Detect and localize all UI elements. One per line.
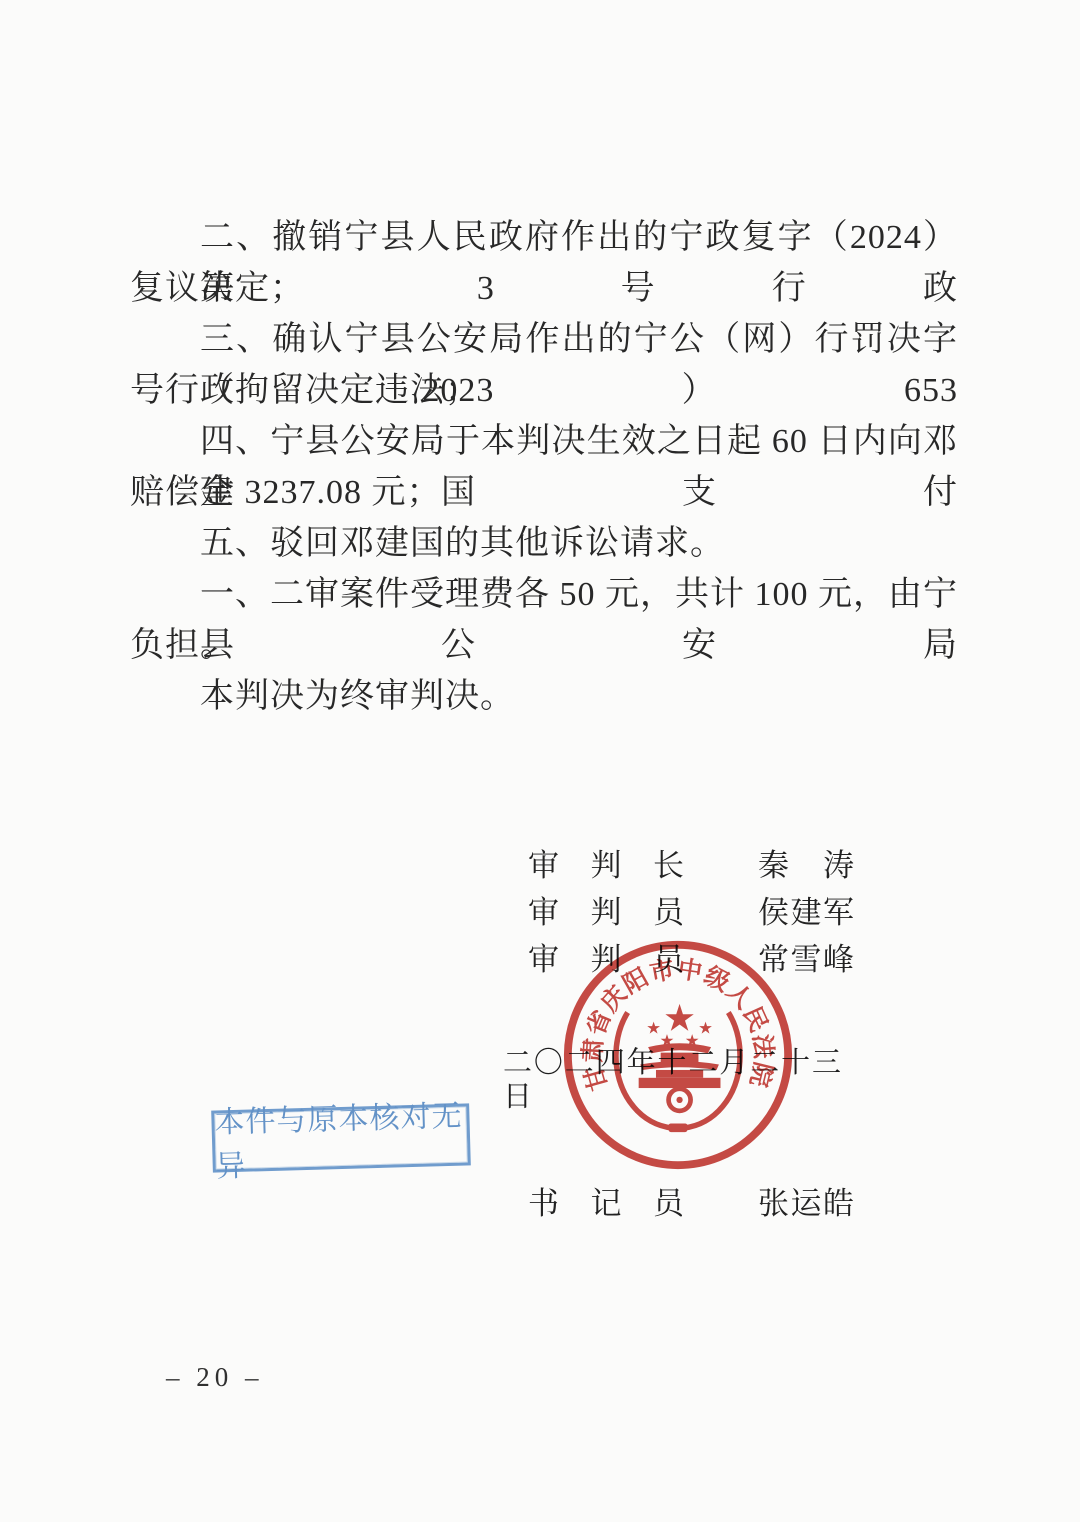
- judge-role-label: 审判员: [528, 893, 684, 933]
- clerk-role-label: 书记员: [528, 1184, 684, 1224]
- judge-role-label: 审判长: [528, 846, 684, 886]
- judgment-document-page: 二、撤销宁县人民政府作出的宁政复字（2024）第 3 号行政 复议决定； 三、确…: [0, 0, 1080, 1522]
- verification-stamp-text: 本件与原本核对无异: [214, 1090, 468, 1185]
- page-number: – 20 –: [166, 1362, 264, 1393]
- clerk-name: 张运皓: [758, 1184, 854, 1224]
- judge-name: 侯建军: [758, 893, 854, 933]
- body-line: 四、宁县公安局于本判决生效之日起 60 日内向邓建国支付: [130, 416, 958, 467]
- judge-row: 审判员 侯建军: [528, 893, 854, 933]
- judgment-date: 二〇二四年十二月二十三日: [503, 1046, 841, 1114]
- clerk-row: 书记员 张运皓: [528, 1184, 854, 1224]
- verification-stamp: 本件与原本核对无异: [211, 1103, 471, 1172]
- judge-role-label: 审判员: [528, 940, 684, 980]
- judge-name: 常雪峰: [758, 940, 854, 980]
- judge-name: 秦涛: [758, 846, 854, 886]
- judgment-body: 二、撤销宁县人民政府作出的宁政复字（2024）第 3 号行政 复议决定； 三、确…: [130, 212, 958, 722]
- body-line: 本判决为终审判决。: [130, 671, 958, 722]
- body-line: 五、驳回邓建国的其他诉讼请求。: [130, 518, 958, 569]
- presiding-judge-row: 审判长 秦涛: [528, 846, 854, 886]
- judge-row: 审判员 常雪峰: [528, 940, 854, 980]
- body-line: 一、二审案件受理费各 50 元，共计 100 元，由宁县公安局: [130, 569, 958, 620]
- body-line: 三、确认宁县公安局作出的宁公（网）行罚决字（2023）653: [130, 314, 958, 365]
- body-line: 二、撤销宁县人民政府作出的宁政复字（2024）第 3 号行政: [130, 212, 958, 263]
